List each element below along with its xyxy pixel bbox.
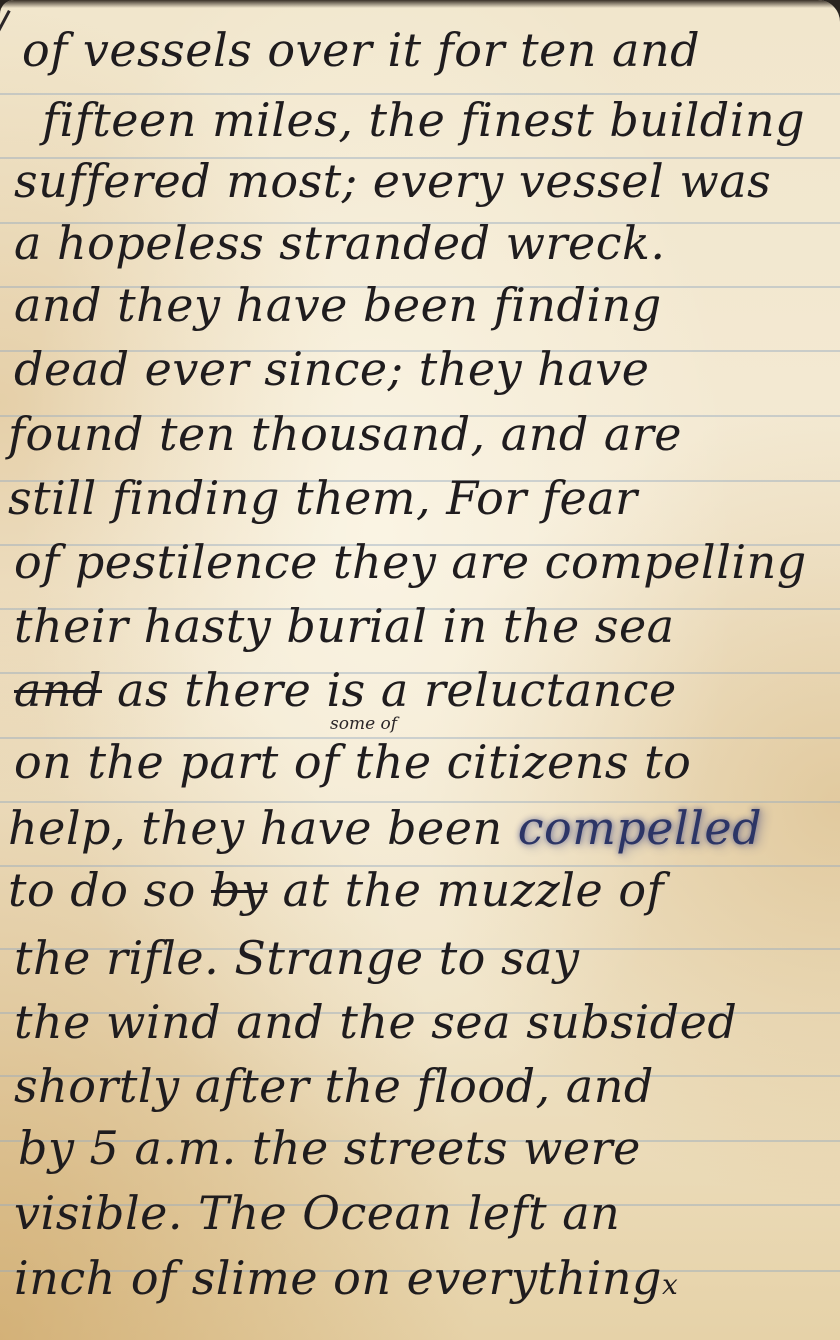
text-line-19: visible. The Ocean left an bbox=[14, 1185, 840, 1241]
struck-word: by bbox=[211, 863, 267, 917]
insertion-some-of: some of bbox=[330, 714, 397, 734]
line-text-before: to do so bbox=[8, 863, 196, 917]
text-line-14: to do so by at the muzzle of bbox=[8, 862, 840, 918]
text-line-7: found ten thousand, and are bbox=[8, 406, 840, 462]
line-text: inch of slime on everything bbox=[14, 1251, 662, 1305]
line-text-after: of the citizens to bbox=[294, 735, 691, 789]
text-line-8: still finding them, For fear bbox=[8, 470, 840, 526]
text-line-3: suffered most; every vessel was bbox=[14, 153, 840, 209]
text-line-13: help, they have been compelled bbox=[8, 800, 840, 856]
text-line-1: of vessels over it for ten and bbox=[22, 22, 840, 78]
text-line-5: and they have been finding bbox=[14, 277, 840, 333]
diary-page: of vessels over it for ten and fifteen m… bbox=[0, 0, 840, 1340]
trailing-x-mark: x bbox=[662, 1268, 678, 1301]
line-text-before: on the part bbox=[14, 735, 279, 789]
text-line-4: a hopeless stranded wreck. bbox=[14, 215, 840, 271]
text-line-15: the rifle. Strange to say bbox=[14, 930, 840, 986]
text-line-20: inch of slime on everythingx bbox=[14, 1250, 840, 1313]
smudged-word: compelled bbox=[518, 801, 762, 855]
text-line-2: fifteen miles, the finest building bbox=[42, 92, 840, 148]
line-text: as there is a reluctance bbox=[117, 663, 677, 717]
text-line-16: the wind and the sea subsided bbox=[14, 994, 840, 1050]
line-text-after: at the muzzle of bbox=[283, 863, 664, 917]
text-line-11: and as there is a reluctance bbox=[14, 662, 840, 718]
text-line-12: on the part of the citizens to bbox=[14, 734, 840, 790]
struck-word: and bbox=[14, 663, 102, 717]
text-line-9: of pestilence they are compelling bbox=[14, 534, 840, 590]
line-text-before: help, they have been bbox=[8, 801, 503, 855]
text-line-10: their hasty burial in the sea bbox=[14, 598, 840, 654]
text-line-6: dead ever since; they have bbox=[14, 341, 840, 397]
margin-slash-mark bbox=[0, 10, 11, 82]
text-line-18: by 5 a.m. the streets were bbox=[18, 1120, 840, 1176]
text-line-17: shortly after the flood, and bbox=[14, 1058, 840, 1114]
